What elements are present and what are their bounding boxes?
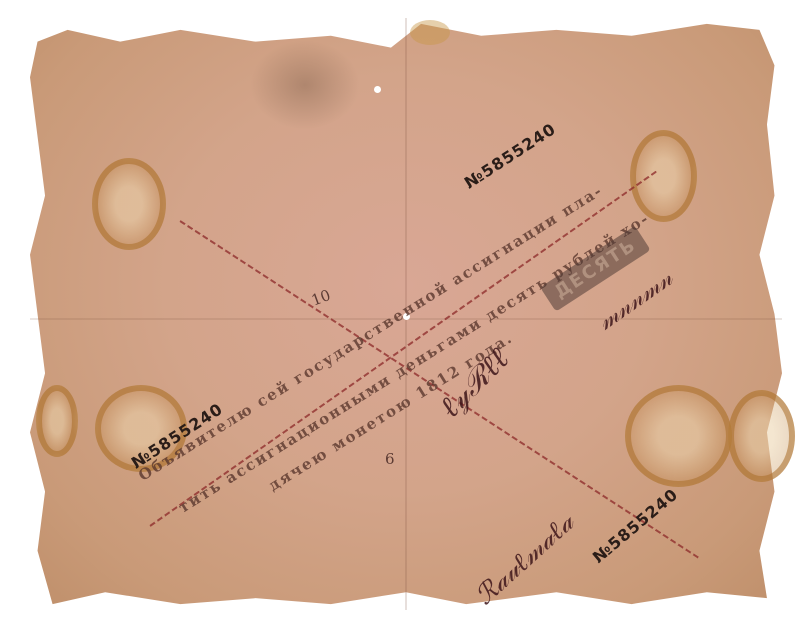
water-stain (630, 130, 697, 222)
paper-hole (374, 86, 381, 93)
water-stain (410, 20, 450, 45)
water-stain (728, 390, 795, 482)
small-mark: 6 (385, 450, 395, 468)
water-stain (625, 385, 732, 487)
water-stain (92, 158, 166, 250)
water-stain (36, 385, 78, 457)
dark-stain (250, 40, 360, 130)
